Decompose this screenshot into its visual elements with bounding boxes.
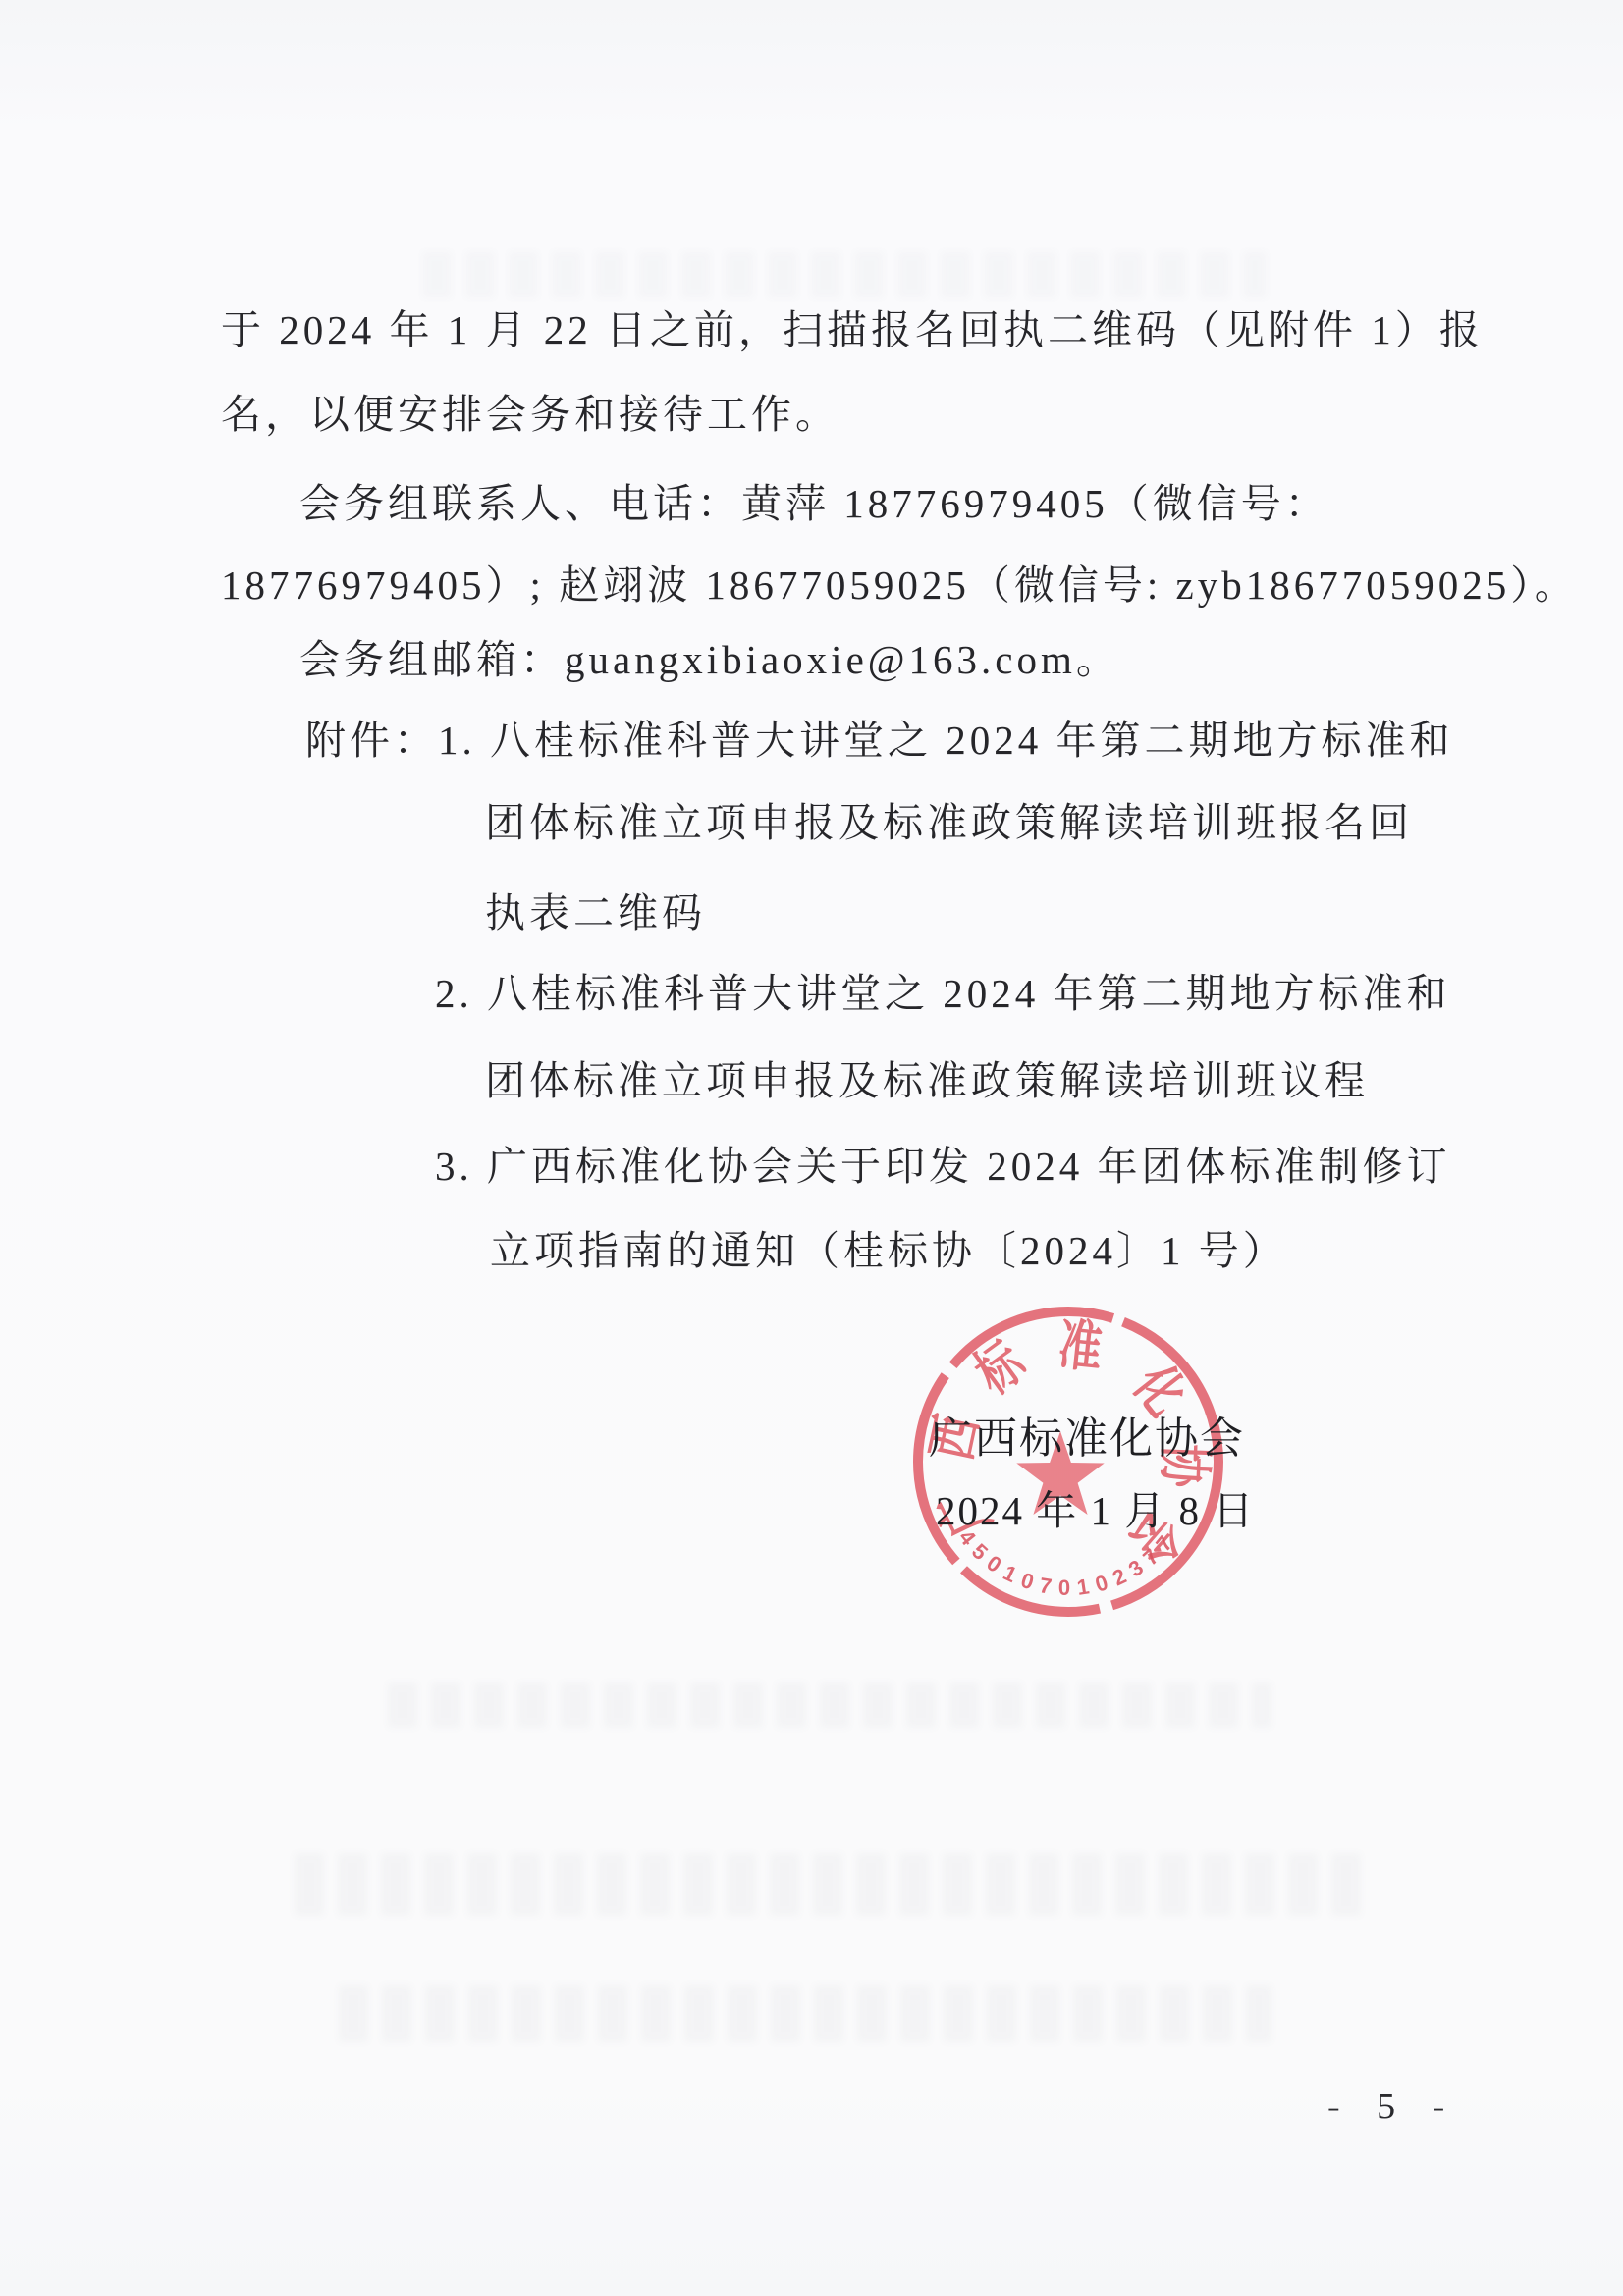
body-line: 会务组邮箱：guangxibiaoxie@163.com。 [299, 637, 1120, 686]
attachment-line: 立项指南的通知（桂标协〔2024〕1 号） [490, 1228, 1287, 1277]
body-line: 于 2024 年 1 月 22 日之前，扫描报名回执二维码（见附件 1）报 [221, 307, 1484, 356]
body-line: 名，以便安排会务和接待工作。 [221, 392, 839, 441]
bleed-through-artifact [388, 1682, 1271, 1728]
body-line: 18776979405）; 赵翊波 18677059025（微信号: zyb18… [221, 562, 1579, 612]
attachment-line: 团体标准立项申报及标准政策解读培训班报名回 [485, 800, 1413, 849]
bleed-through-artifact [295, 1853, 1375, 1916]
attachment-line: 2. 八桂标准科普大讲堂之 2024 年第二期地方标准和 [435, 971, 1451, 1020]
bleed-through-artifact [422, 251, 1267, 298]
page-number: - 5 - [1327, 2085, 1458, 2128]
attachment-line: 团体标准立项申报及标准政策解读培训班议程 [485, 1058, 1369, 1107]
attachment-line: 执表二维码 [485, 890, 706, 939]
signature-date: 2024 年 1 月 8 日 [936, 1478, 1255, 1536]
signature-organization: 广西标准化协会 [929, 1403, 1245, 1466]
svg-text:准: 准 [1055, 1313, 1105, 1379]
attachments-label-line: 附件：1. 八桂标准科普大讲堂之 2024 年第二期地方标准和 [305, 718, 1454, 767]
document-page: 于 2024 年 1 月 22 日之前，扫描报名回执二维码（见附件 1）报 名，… [0, 0, 1623, 2296]
bleed-through-artifact [339, 1985, 1271, 2042]
attachment-line: 3. 广西标准化协会关于印发 2024 年团体标准制修订 [435, 1144, 1451, 1193]
body-line: 会务组联系人、电话：黄萍 18776979405（微信号： [299, 481, 1329, 530]
